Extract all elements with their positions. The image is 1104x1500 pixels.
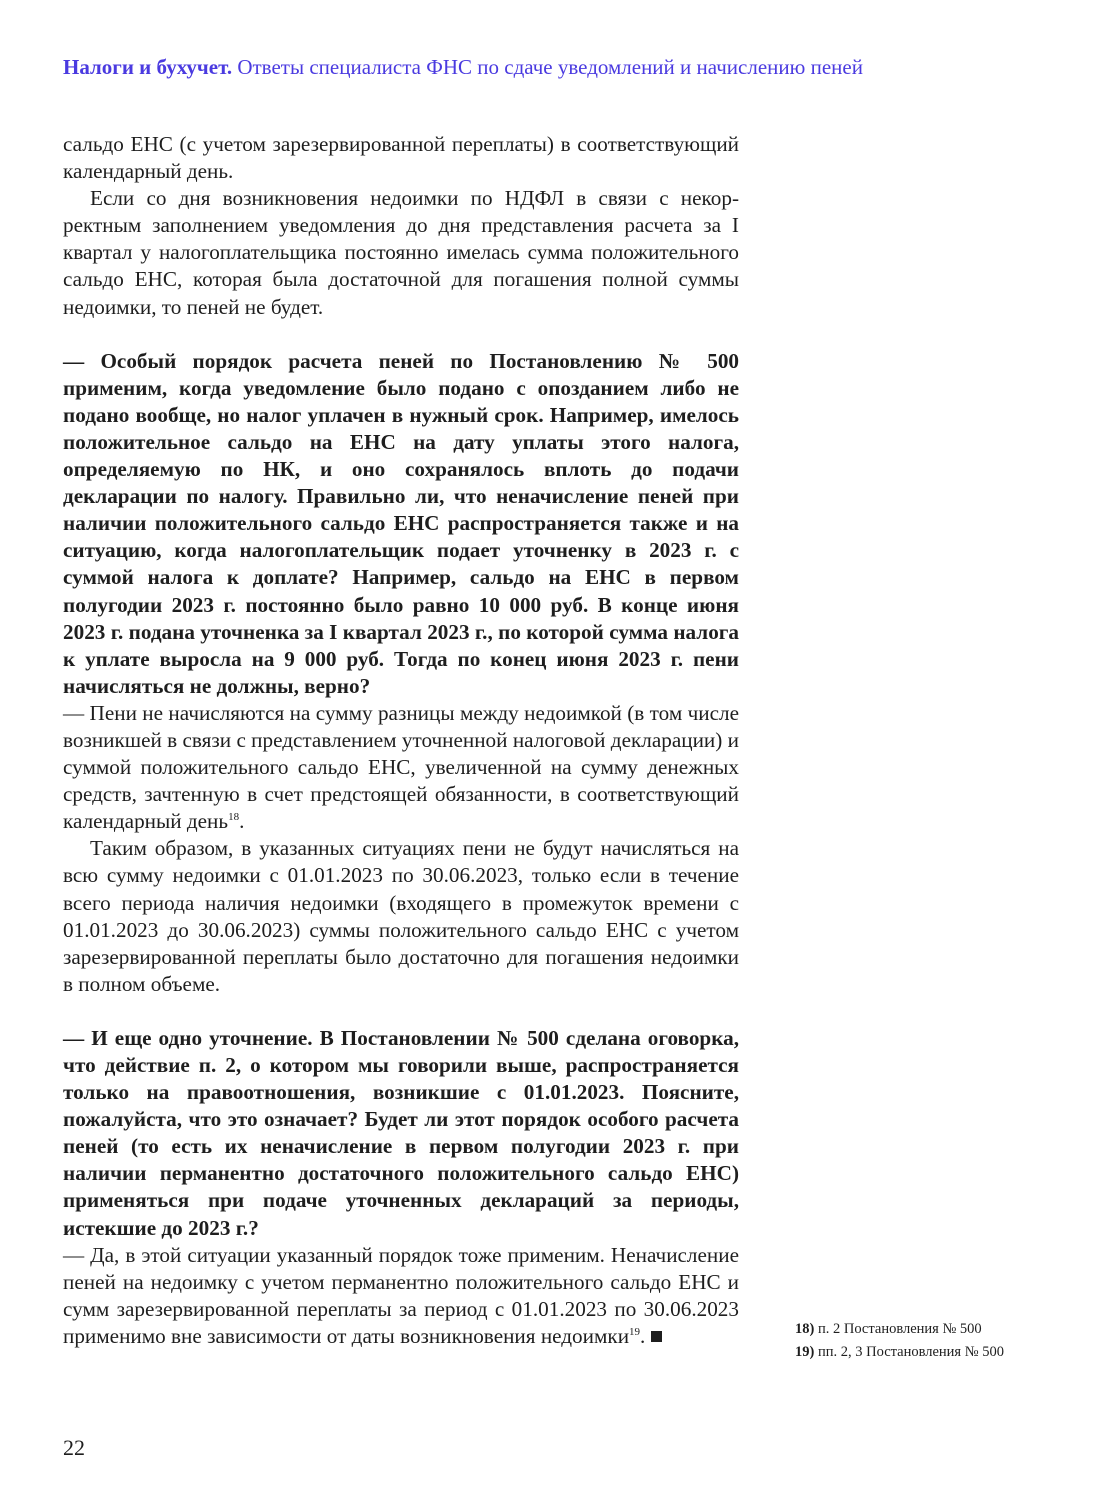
paragraph-continuation: сальдо ЕНС (с учетом зарезервированной п…: [63, 131, 739, 185]
paragraph: Таким образом, в указанных ситуациях пен…: [63, 835, 739, 998]
footnote-text: п. 2 Постановления № 500: [818, 1321, 982, 1337]
running-header: Налоги и бухучет. Ответы специалиста ФНС…: [63, 53, 1063, 81]
paragraph: Если со дня возникновения недоимки по НД…: [63, 185, 739, 320]
footnote-19: 19) пп. 2, 3 Постановления № 500: [795, 1342, 1025, 1362]
answer-end-punct: .: [640, 1324, 645, 1348]
footnote-ref-18[interactable]: 18: [228, 811, 239, 823]
footnotes: 18) п. 2 Постановления № 500 19) пп. 2, …: [795, 1319, 1025, 1365]
interview-answer: — Да, в этой ситуации указанный порядок …: [63, 1242, 739, 1350]
footnote-text: пп. 2, 3 Постановления № 500: [818, 1344, 1004, 1360]
footnote-number: 19): [795, 1344, 814, 1360]
end-of-article-square-icon: [651, 1331, 662, 1342]
interview-question: — Особый порядок расчета пеней по Постан…: [63, 348, 739, 700]
footnote-18: 18) п. 2 Постановления № 500: [795, 1319, 1025, 1339]
interview-question: — И еще одно уточнение. В Постановлении …: [63, 1025, 739, 1242]
footnote-number: 18): [795, 1321, 814, 1337]
header-article-title: Ответы специалиста ФНС по сдаче уведомле…: [237, 55, 863, 79]
footnote-ref-19[interactable]: 19: [629, 1326, 640, 1338]
answer-end-punct: .: [239, 809, 244, 833]
answer-text: — Пени не начисляются на сумму разницы м…: [63, 701, 739, 833]
interview-answer: — Пени не начисляются на сумму разницы м…: [63, 700, 739, 835]
article-body: сальдо ЕНС (с учетом зарезервированной п…: [63, 131, 739, 1350]
header-section-name: Налоги и бухучет.: [63, 55, 232, 79]
page-number: 22: [63, 1434, 85, 1462]
